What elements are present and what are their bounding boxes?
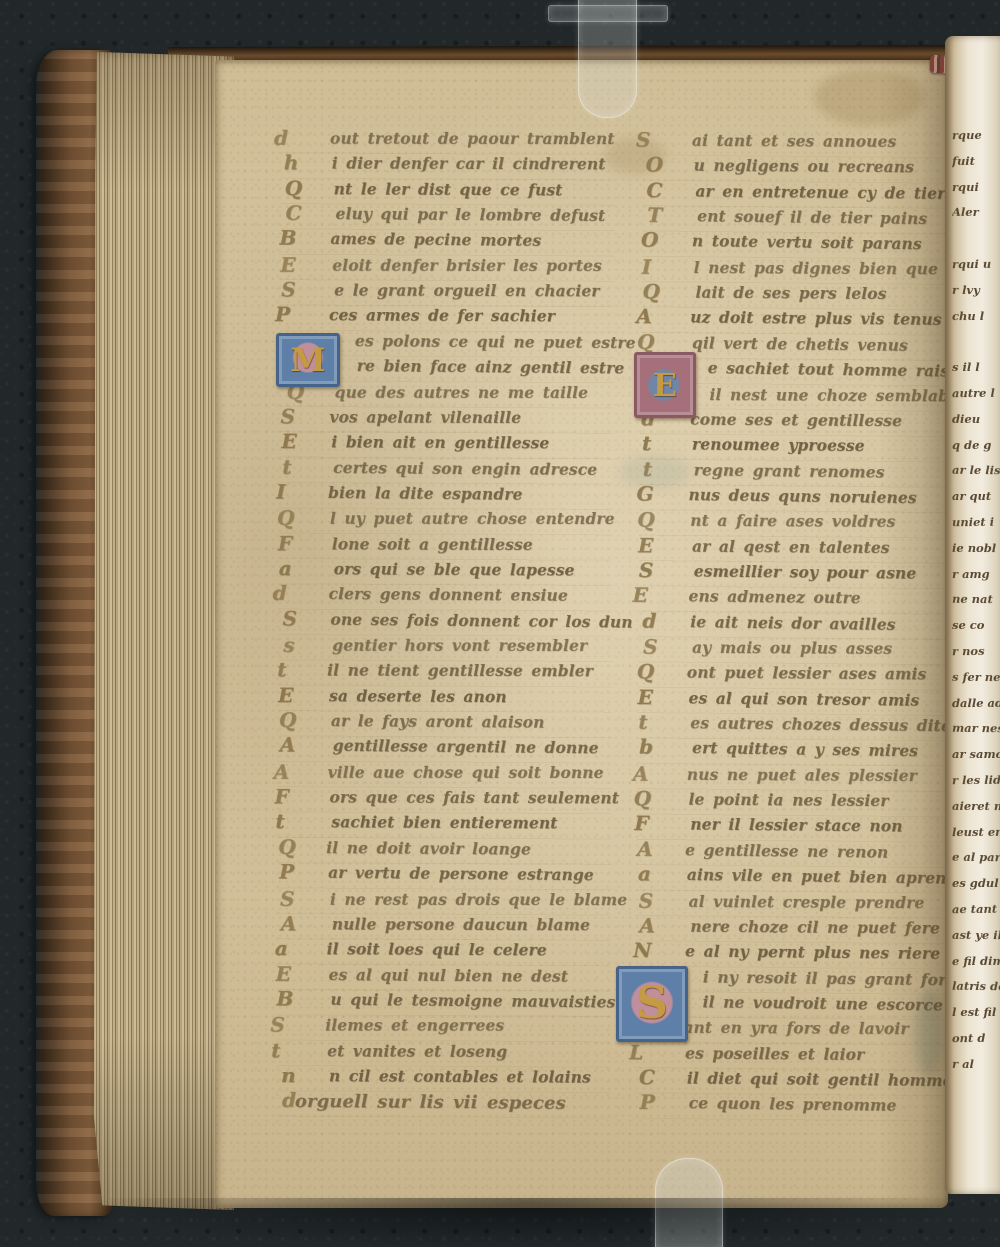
marginal-initial: S xyxy=(280,886,324,910)
line-text: ilemes et engerrees xyxy=(325,1016,504,1035)
line-text: ner il lessier stace non xyxy=(690,815,902,836)
recto-fragment-line: s il l xyxy=(952,360,1000,384)
recto-fragment-line: r al xyxy=(952,1057,1000,1081)
line-text: le point ia nes lessier xyxy=(689,790,889,811)
marginal-initial: A xyxy=(639,913,683,937)
line-text: l nest pas dignes bien que los xyxy=(694,258,972,279)
text-line: Ql uy puet autre chose entendre xyxy=(278,509,615,534)
marginal-initial: L xyxy=(629,1040,673,1064)
line-text: es polons ce qui ne puet estre xyxy=(355,331,636,352)
line-text: ors qui se ble que lapesse xyxy=(334,559,575,579)
line-text: i ne rest pas drois que le blame xyxy=(330,889,627,908)
marginal-initial: F xyxy=(634,811,678,835)
marginal-initial: S xyxy=(636,127,680,151)
text-line: Ne al ny pernt plus nes riere xyxy=(633,941,940,969)
line-text: e al ny pernt plus nes riere xyxy=(685,942,940,963)
marginal-initial: E xyxy=(281,429,325,453)
line-text: nt a faire ases voldres xyxy=(690,511,895,531)
recto-fragment-line: ne nat xyxy=(952,592,1000,617)
marginal-initial: I xyxy=(276,479,320,503)
line-text: nus ne puet ales plessier xyxy=(687,765,917,785)
line-text: ains vile en puet bien aprendre xyxy=(687,865,976,888)
line-text: es poseilles et laior xyxy=(685,1043,864,1063)
parchment-stain xyxy=(815,68,925,126)
marginal-initial: b xyxy=(639,735,683,760)
line-text: lone soit a gentillesse xyxy=(332,534,533,554)
marginal-initial: t xyxy=(638,710,682,735)
line-text: esmeillier soy pour asne xyxy=(694,561,917,582)
recto-fragment-line: Aler xyxy=(952,205,1000,230)
marginal-initial: S xyxy=(281,277,325,301)
marginal-initial: t xyxy=(271,1038,315,1062)
line-text: i dier denfer car il cindrerent xyxy=(332,154,606,174)
line-text: n cil est contables et lolains xyxy=(329,1066,591,1086)
marginal-initial: S xyxy=(639,558,683,582)
text-line: Agentillesse argentil ne donne xyxy=(281,736,599,764)
recto-fragment-line: rqui u xyxy=(952,257,1000,282)
line-text: nere choze cil ne puet fere xyxy=(690,917,940,938)
text-line: Aville aue chose qui soit bonne xyxy=(276,762,604,787)
photograph-background: dout tretout de paour tramblenthi dier d… xyxy=(0,0,1000,1247)
marginal-initial: O xyxy=(641,228,685,253)
line-text: ville aue chose qui soit bonne xyxy=(328,762,604,781)
conservation-strap-top xyxy=(578,0,637,118)
line-text: eloit denfer brisier les portes xyxy=(332,255,602,274)
recto-fragment-line: es gdul xyxy=(952,876,1000,900)
marginal-initial: t xyxy=(643,456,687,481)
marginal-initial: E xyxy=(278,683,322,707)
line-text: es autres chozes dessus dites xyxy=(690,713,960,735)
recto-fragment-line: l est fil xyxy=(952,1005,1000,1029)
line-text: ai tant et ses annoues xyxy=(692,131,897,151)
text-line: Eeloit denfer brisier les portes xyxy=(280,255,602,280)
line-text: ar al qest en talentes xyxy=(692,536,890,556)
line-text: sachiet bien entierement xyxy=(331,813,557,833)
marginal-initial: d xyxy=(274,126,318,150)
text-line: Silemes et engerrees xyxy=(273,1016,504,1041)
text-line: til ne tient gentillesse embler xyxy=(275,661,593,687)
marginal-initial: d xyxy=(282,1088,326,1112)
line-text: come ses et gentillesse xyxy=(690,409,902,430)
line-text: re bien face ainz gentil estre xyxy=(357,356,625,378)
marginal-initial: s xyxy=(283,633,327,657)
recto-fragment-line: ast ye il xyxy=(952,928,1000,952)
marginal-initial: d xyxy=(272,581,316,605)
text-line: tcertes qui son engin adresce xyxy=(281,457,597,484)
line-text: n toute vertu soit parans xyxy=(692,231,922,253)
recto-fragment-line: s fer ne xyxy=(952,670,1000,694)
line-text: ors que ces fais tant seulement xyxy=(329,788,619,808)
text-line: Si ne rest pas drois que le blame xyxy=(278,889,627,914)
line-text: al vuinlet cresple prendre xyxy=(689,891,925,911)
line-text: u qui le tesmoigne mauvaisties xyxy=(330,990,615,1012)
initial-letter: S xyxy=(636,982,668,1026)
recto-fragment-line: chu l xyxy=(952,308,1000,332)
line-text: ar en entretenue cy de tier xyxy=(695,181,945,202)
marginal-initial: S xyxy=(280,404,324,428)
line-text: ert quittes a y ses mires xyxy=(692,739,918,761)
recto-fragment-line: aieret m xyxy=(952,799,1000,823)
line-text: renoumee yproesse xyxy=(692,435,865,456)
recto-fragment-line: rqui xyxy=(952,179,1000,203)
recto-fragment-line: autre l xyxy=(952,386,1000,411)
marginal-initial: t xyxy=(282,454,326,478)
decorated-initial-E: E xyxy=(634,352,696,418)
line-text: certes qui son engin adresce xyxy=(333,458,597,479)
text-line: Se le grant orgueil en chacier xyxy=(282,280,600,306)
marginal-initial: Q xyxy=(637,508,681,532)
recto-fragment-line: uniet i xyxy=(952,515,1000,540)
marginal-initial: O xyxy=(646,153,690,177)
recto-fragment-line: r nos xyxy=(952,644,1000,669)
line-text: ens admenez outre xyxy=(688,587,860,608)
marginal-initial: A xyxy=(274,759,318,783)
line-text: ce quon les prenomme xyxy=(689,1094,897,1115)
line-text: one ses fois donnent cor los dun xyxy=(330,609,632,631)
text-line: Bu qui le tesmoigne mauvaisties xyxy=(278,989,615,1017)
marginal-initial: C xyxy=(646,178,690,202)
marginal-initial: F xyxy=(278,531,322,555)
marginal-initial: E xyxy=(637,685,681,709)
line-text: bien la dite espandre xyxy=(328,483,523,504)
marginal-initial: t xyxy=(642,431,686,455)
line-text: ont puet lessier ases amis xyxy=(687,663,927,684)
line-text: gentillesse argentil ne donne xyxy=(333,736,599,758)
line-text: ames de pecine mortes xyxy=(330,229,541,250)
recto-fragment-line: ont d xyxy=(952,1031,1000,1056)
line-text: i ny resoit il pas grant forre xyxy=(703,967,965,989)
marginal-initial: t xyxy=(277,658,321,682)
text-line: bert quittes a y ses mires xyxy=(640,738,918,767)
text-column-left: dout tretout de paour tramblenthi dier d… xyxy=(276,128,615,1122)
line-text: il ne voudroit une escorce xyxy=(703,992,944,1014)
text-line: Tent souef il de tier pains xyxy=(645,206,927,234)
line-text: eluy qui par le lombre defust xyxy=(335,204,605,225)
line-text: qil vert de chetis venus xyxy=(692,333,908,355)
marginal-initial: E xyxy=(632,583,676,608)
line-text: uz doit estre plus vis tenus xyxy=(690,308,942,329)
marginal-initial: Q xyxy=(277,506,321,530)
marginal-initial: B xyxy=(276,986,320,1010)
marginal-initial: P xyxy=(279,859,323,883)
marginal-initial: S xyxy=(639,888,683,912)
recto-fragment-line: e al par xyxy=(952,850,1000,875)
recto-fragment-line: dalle ad xyxy=(952,695,1000,719)
conservation-strap-bottom xyxy=(655,1158,723,1247)
marginal-initial: C xyxy=(285,201,329,225)
text-line: Celuy qui par le lombre defust xyxy=(283,204,605,231)
marginal-initial: A xyxy=(281,911,325,935)
line-text: sa deserte les anon xyxy=(329,686,507,706)
decorated-initial-M: M xyxy=(276,333,340,387)
marginal-initial: h xyxy=(284,151,328,175)
marginal-initial: P xyxy=(640,1090,684,1115)
marginal-initial: a xyxy=(638,861,682,886)
marginal-initial: S xyxy=(643,635,687,659)
recto-fragment-line: dieu xyxy=(952,412,1000,436)
line-text: u negligens ou recreans xyxy=(694,156,914,177)
line-text: il ne tient gentillesse embler xyxy=(327,661,593,681)
line-text: ar le fays aront alaison xyxy=(331,711,545,732)
marginal-initial: Q xyxy=(637,329,681,354)
line-text: out tretout de paour tramblent xyxy=(330,129,615,148)
recto-fragment-line: ae tant f xyxy=(952,902,1000,927)
text-line: aors qui se ble que lapesse xyxy=(282,559,575,586)
text-line: Pce quon les prenomme xyxy=(636,1093,896,1121)
line-text: ie ait neis dor availles xyxy=(690,612,896,634)
line-text: il soit loes qui le celere xyxy=(327,939,547,959)
marginal-initial: E xyxy=(275,961,319,985)
marginal-initial: Q xyxy=(279,708,323,732)
text-line: aains vile en puet bien aprendre xyxy=(635,864,976,894)
recto-fragment-line: r amg xyxy=(952,566,1000,590)
marginal-initial: A xyxy=(636,304,680,328)
text-line: Pces armes de fer sachier xyxy=(277,305,555,331)
line-text: i bien ait en gentillesse xyxy=(331,432,549,452)
line-text: ces armes de fer sachier xyxy=(329,306,555,326)
decorated-initial-S: S xyxy=(616,966,688,1042)
marginal-initial: N xyxy=(633,938,677,962)
facing-page-curl: rquefuitrquiAlerrqui ur lvychu ls il lau… xyxy=(945,36,1000,1194)
recto-fragment-line: r les lidi xyxy=(952,773,1000,798)
marginal-initial: A xyxy=(633,761,677,785)
line-text: lait de ses pers lelos xyxy=(695,283,886,303)
marginal-initial: Q xyxy=(278,835,322,859)
text-line: dout tretout de paour tramblent xyxy=(278,129,615,154)
line-text: l uy puet autre chose entendre xyxy=(330,509,615,528)
marginal-initial: S xyxy=(282,606,326,630)
marginal-initial: A xyxy=(280,733,324,757)
marginal-initial: B xyxy=(279,226,323,250)
marginal-initial: E xyxy=(638,533,682,557)
recto-fragment-line: latris do xyxy=(952,979,1000,1004)
marginal-initial: T xyxy=(647,203,691,228)
marginal-initial: n xyxy=(281,1063,325,1087)
marginal-initial: A xyxy=(637,837,681,862)
line-text: clers gens donnent ensiue xyxy=(328,584,567,605)
line-text: e gentillesse ne renon xyxy=(685,840,888,861)
line-text: e le grant orgueil en chacier xyxy=(334,281,600,301)
line-text: nt le ler dist que ce fust xyxy=(334,179,563,199)
recto-fragment-line: rque xyxy=(952,128,1000,153)
recto-fragment-line: ar samor xyxy=(952,747,1000,771)
marginal-initial: S xyxy=(270,1013,314,1037)
line-text: et vanites et loseng xyxy=(327,1041,507,1061)
recto-fragment-line: ie nobl xyxy=(952,541,1000,565)
line-text: regne grant renomes xyxy=(694,460,885,481)
line-text: orguell sur lis vii especes xyxy=(295,1091,566,1114)
marginal-initial: E xyxy=(280,252,324,276)
marginal-initial: F xyxy=(274,784,318,808)
marginal-initial: Q xyxy=(642,279,686,303)
marginal-initial: a xyxy=(279,556,323,580)
recto-fragment-line: q de g xyxy=(952,437,1000,461)
line-text: es al qui nul bien ne dest xyxy=(329,965,569,986)
marginal-initial: Q xyxy=(637,660,681,684)
recto-fragment-line: fuit xyxy=(952,154,1000,178)
text-line: Fors que ces fais tant seulement xyxy=(277,787,619,813)
recto-fragment-line: r lvy xyxy=(952,283,1000,307)
line-text: il nest une choze semblable xyxy=(709,385,965,405)
line-text: ant en yra fors de lavoir xyxy=(683,1018,908,1038)
marginal-initial: a xyxy=(275,936,319,960)
line-text: vos apelant vilenaille xyxy=(329,407,521,427)
text-line: sgentier hors vont resembler xyxy=(280,636,587,661)
text-line: Sone ses fois donnent cor los dun xyxy=(278,609,632,637)
line-text: nus deus quns noruienes xyxy=(688,485,916,507)
line-text: es al qui son tresor amis xyxy=(688,688,919,709)
manuscript-verso-page: dout tretout de paour tramblenthi dier d… xyxy=(215,60,948,1208)
line-text: il diet qui soit gentil homme xyxy=(687,1068,953,1090)
line-text: il ne doit avoir loange xyxy=(326,838,531,859)
marginal-initial: P xyxy=(275,302,319,326)
line-text: ay mais ou plus asses xyxy=(692,638,892,658)
line-text: gentier hors vont resembler xyxy=(332,636,587,655)
line-text: ent souef il de tier pains xyxy=(697,206,927,228)
line-text: nulle persone daucun blame xyxy=(332,914,590,934)
recto-fragment-line: e fil dim xyxy=(952,953,1000,977)
text-line: dorguell sur lis vii especes xyxy=(279,1091,566,1118)
recto-fragment-line: mar nes xyxy=(952,721,1000,746)
recto-fragment-line: leust en xyxy=(952,824,1000,848)
recto-fragment-line: se co xyxy=(952,618,1000,642)
marginal-initial: d xyxy=(642,608,686,633)
marginal-initial: Q xyxy=(633,786,677,810)
marginal-initial: Q xyxy=(285,176,329,200)
text-line: Il nest pas dignes bien que los xyxy=(642,257,972,284)
recto-fragment-line: ar le lis xyxy=(952,463,1000,488)
page-edges-stack xyxy=(94,52,234,1210)
initial-letter: E xyxy=(653,369,677,401)
marginal-initial: C xyxy=(639,1065,683,1089)
text-line: Anere choze cil ne puet fere xyxy=(638,916,940,943)
text-line: Auz doit estre plus vis tenus xyxy=(638,307,942,335)
line-text: ar vertu de persone estrange xyxy=(328,863,594,885)
marginal-initial: G xyxy=(636,481,680,506)
line-text: que des autres ne me taille xyxy=(335,382,588,401)
recto-fragment-line: ar qut xyxy=(952,489,1000,513)
initial-letter: M xyxy=(290,344,325,376)
text-line: Sesmeillier soy pour asne xyxy=(642,561,917,589)
marginal-initial: t xyxy=(275,809,319,833)
marginal-initial: I xyxy=(642,254,686,278)
text-line: Anulle persone daucun blame xyxy=(280,914,590,940)
